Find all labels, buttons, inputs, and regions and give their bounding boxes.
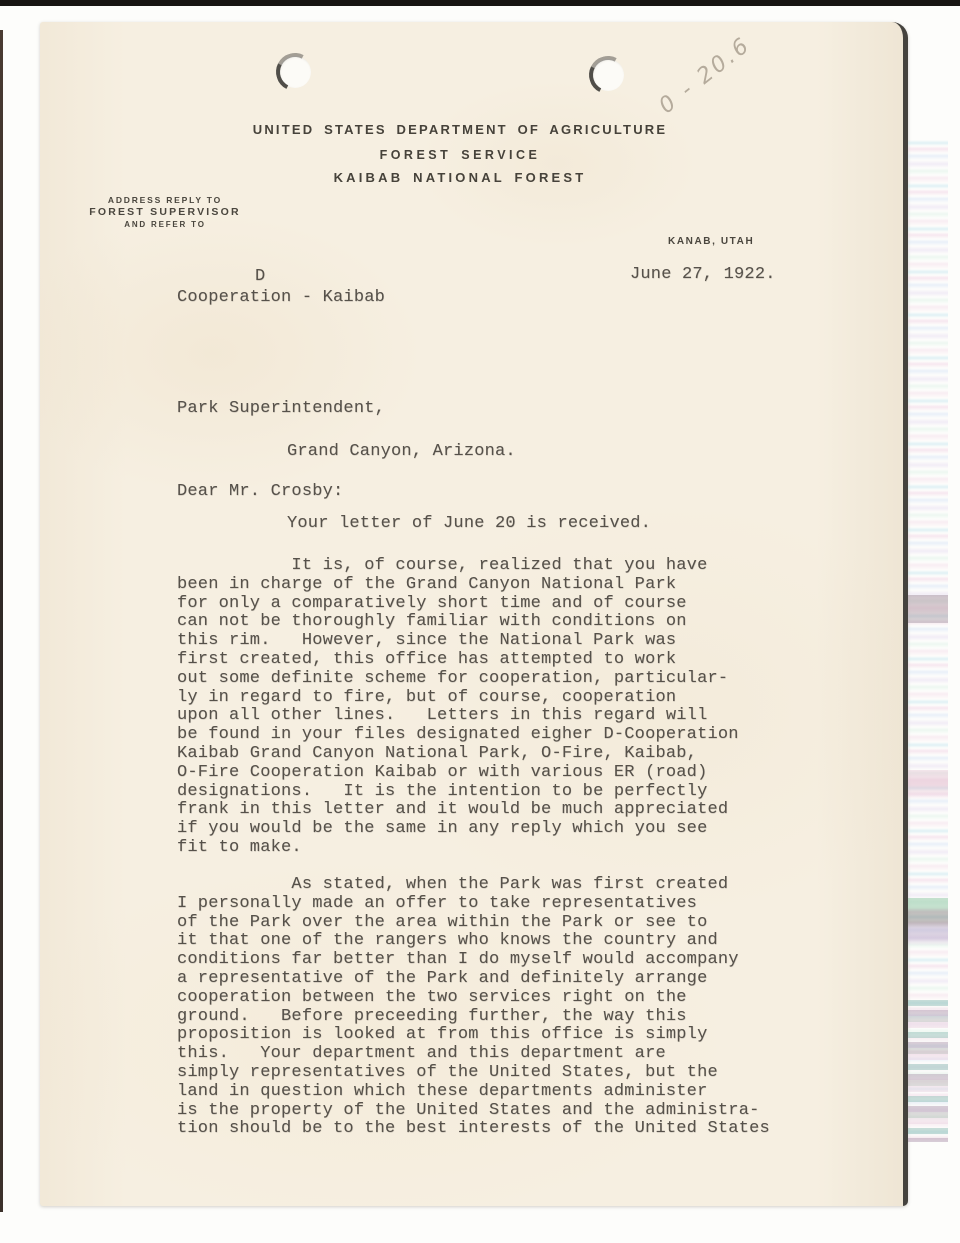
- reply-block-line3: AND REFER TO: [65, 219, 265, 231]
- scan-top-edge: [0, 0, 960, 6]
- scan-noise-band-dense: [908, 1000, 948, 1142]
- addressee-location: Grand Canyon, Arizona.: [287, 443, 516, 462]
- body-paragraph-2: As stated, when the Park was first creat…: [177, 876, 770, 1139]
- scan-noise-band-green: [908, 898, 948, 946]
- salutation: Dear Mr. Crosby:: [177, 483, 343, 502]
- letterhead-location: KANAB, UTAH: [668, 236, 754, 247]
- reply-block-line1: ADDRESS REPLY TO: [65, 194, 265, 206]
- letterhead-forest: KAIBAB NATIONAL FOREST: [160, 170, 760, 185]
- scan-left-edge: [0, 30, 3, 1212]
- letter-date: June 27, 1922.: [630, 266, 776, 285]
- body-paragraph-1: It is, of course, realized that you have…: [177, 557, 739, 858]
- scan-noise-band-pink: [908, 770, 948, 800]
- address-reply-block: ADDRESS REPLY TO FOREST SUPERVISOR AND R…: [65, 194, 265, 231]
- letterhead-service: FOREST SERVICE: [160, 148, 760, 162]
- scan-color-noise-strip: [908, 140, 948, 1142]
- reference-subject: Cooperation - Kaibab: [177, 289, 385, 308]
- letter-paper: UNITED STATES DEPARTMENT OF AGRICULTURE …: [40, 22, 908, 1206]
- reference-file-code: D: [255, 268, 265, 287]
- punch-hole-left: [279, 56, 311, 88]
- scanned-letter-page: UNITED STATES DEPARTMENT OF AGRICULTURE …: [0, 0, 960, 1243]
- addressee-title: Park Superintendent,: [177, 400, 385, 419]
- scan-noise-band-mauve: [908, 595, 948, 623]
- handwritten-file-code: 0 - 20.6: [655, 7, 789, 119]
- opening-line: Your letter of June 20 is received.: [287, 515, 651, 534]
- reply-block-line2: FOREST SUPERVISOR: [65, 206, 265, 219]
- letterhead-department: UNITED STATES DEPARTMENT OF AGRICULTURE: [160, 122, 760, 137]
- punch-hole-right: [592, 59, 624, 91]
